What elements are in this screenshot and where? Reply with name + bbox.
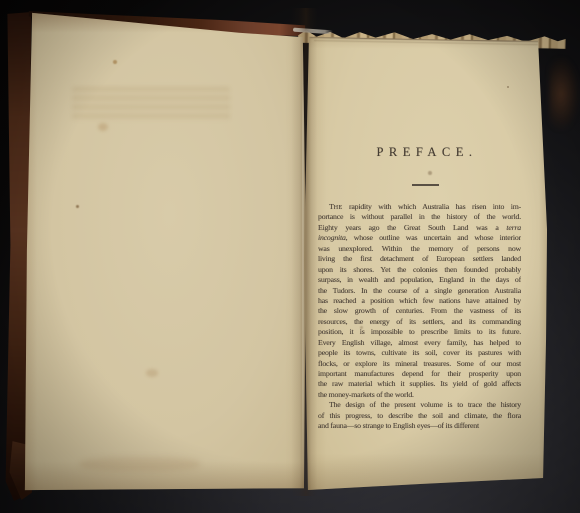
text-line: portance is without parallel in the hist… (318, 212, 521, 222)
foxing-spot (98, 123, 108, 131)
text-line: incognita, whose outline was uncertain a… (318, 233, 521, 243)
foxing-spot (507, 86, 509, 88)
paragraph: THE rapidity with which Australia has ri… (318, 202, 521, 400)
text-line: was unexplored. Within the memory of per… (318, 244, 521, 254)
gutter-crease-highlight (302, 40, 304, 485)
text-line: Every English village, almost every fami… (318, 338, 521, 348)
text-line: THE rapidity with which Australia has ri… (318, 202, 521, 212)
text-line: the raw material which it supplies. Its … (318, 379, 521, 389)
left-page-blank (20, 11, 308, 495)
text-showthrough (72, 87, 230, 121)
text-block: THE rapidity with which Australia has ri… (318, 202, 521, 432)
fore-edge-smudge (549, 58, 579, 130)
foxing-spot (428, 171, 432, 175)
text-line: The design of the present volume is to t… (318, 400, 521, 410)
text-line: upon its shores. Yet the colonies then f… (318, 265, 521, 275)
text-line: the money-markets of the world. (318, 390, 521, 400)
foxing-spot (80, 457, 200, 471)
text-line: important manufactures depend for their … (318, 369, 521, 379)
text-line: of this progress, to describe the soil a… (318, 411, 521, 421)
text-line: living the first detachment of European … (318, 254, 521, 264)
preface-heading: PREFACE. (324, 145, 530, 160)
text-line: Eighty years ago the Great South Land wa… (318, 223, 521, 233)
text-line: and fauna—so strange to English eyes—of … (318, 421, 521, 431)
text-line: people its towns, cultivate its soil, co… (318, 348, 521, 358)
paragraph: The design of the present volume is to t… (318, 400, 521, 431)
text-line: surpass, in wealth and population, Engla… (318, 275, 521, 285)
right-page-preface: PREFACE. THE rapidity with which Austral… (302, 28, 550, 490)
foxing-spot (76, 205, 79, 208)
text-line: the slow growth of centuries. From the v… (318, 306, 521, 316)
foxing-spot (113, 60, 117, 64)
text-line: has reached a position which few nations… (318, 296, 521, 306)
foxing-spot (146, 369, 158, 377)
text-line: the Tudors. In the course of a single ge… (318, 286, 521, 296)
book-photograph: PREFACE. THE rapidity with which Austral… (0, 0, 580, 513)
text-line: resources, the energy of its settlers, a… (318, 317, 521, 327)
section-divider-rule (412, 184, 439, 186)
text-line: position, it is impossible to prescribe … (318, 327, 521, 337)
text-line: flocks, or explore its mineral treasures… (318, 359, 521, 369)
